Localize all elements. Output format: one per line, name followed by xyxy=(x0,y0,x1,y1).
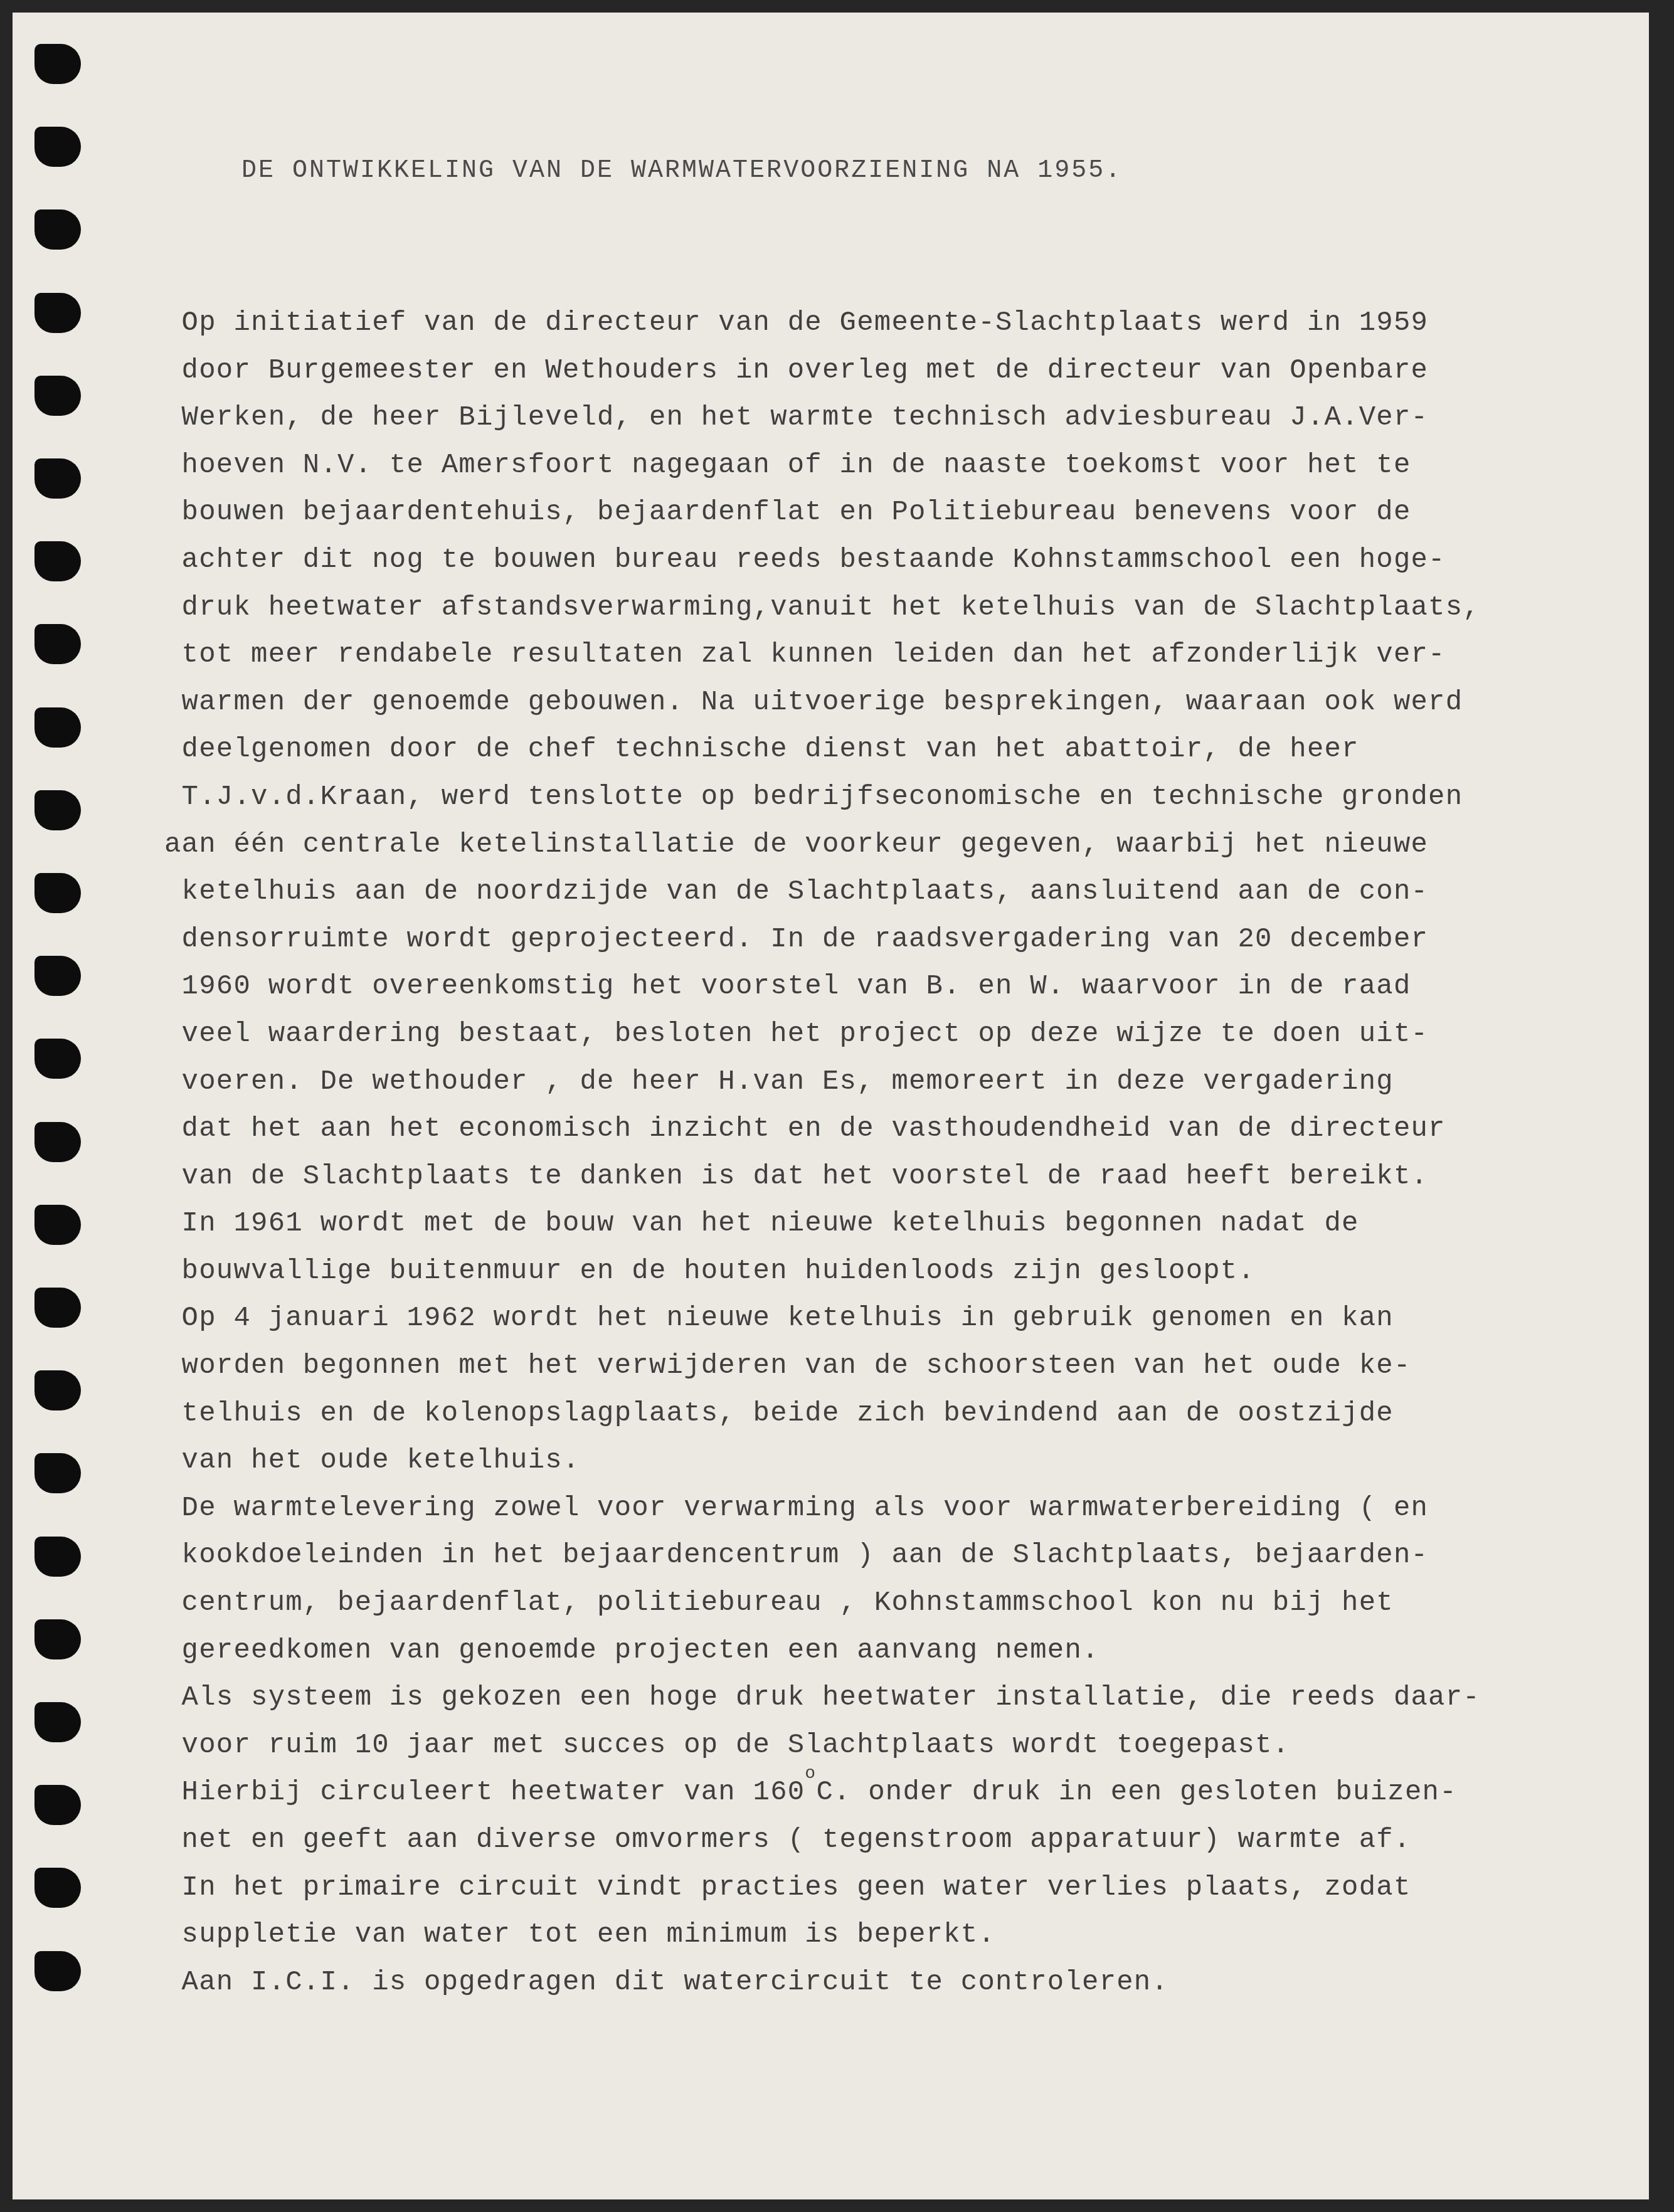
text-line: Op 4 januari 1962 wordt het nieuwe ketel… xyxy=(164,1295,1480,1343)
text-line: tot meer rendabele resultaten zal kunnen… xyxy=(164,632,1480,679)
text-line: Werken, de heer Bijleveld, en het warmte… xyxy=(164,394,1480,442)
text-line: centrum, bejaardenflat, politiebureau , … xyxy=(164,1580,1480,1627)
text-line: suppletie van water tot een minimum is b… xyxy=(164,1912,1480,1959)
text-line-degree: Hierbij circuleert heetwater van 160oC. … xyxy=(164,1769,1480,1817)
punch-hole-icon xyxy=(34,293,81,333)
text-line: druk heetwater afstandsverwarming,vanuit… xyxy=(164,585,1480,632)
text-line: voeren. De wethouder , de heer H.van Es,… xyxy=(164,1059,1480,1106)
text-line: dat het aan het economisch inzicht en de… xyxy=(164,1106,1480,1153)
text-line: door Burgemeester en Wethouders in overl… xyxy=(164,347,1480,395)
document-title: DE ONTWIKKELING VAN DE WARMWATERVOORZIEN… xyxy=(241,157,1122,185)
text-line: ketelhuis aan de noordzijde van de Slach… xyxy=(164,869,1480,916)
punch-hole-icon xyxy=(34,624,81,664)
text-line: achter dit nog te bouwen bureau reeds be… xyxy=(164,537,1480,585)
punch-hole-icon xyxy=(34,1453,81,1493)
text-line: kookdoeleinden in het bejaardencentrum )… xyxy=(164,1532,1480,1580)
punch-hole-icon xyxy=(34,1288,81,1328)
text-line: telhuis en de kolenopslagplaats, beide z… xyxy=(164,1390,1480,1438)
text-line: voor ruim 10 jaar met succes op de Slach… xyxy=(164,1722,1480,1770)
degree-line-before: Hierbij circuleert heetwater van 160 xyxy=(164,1777,805,1808)
text-line: van het oude ketelhuis. xyxy=(164,1437,1480,1485)
punch-hole-icon xyxy=(34,209,81,250)
text-line: net en geeft aan diverse omvormers ( teg… xyxy=(164,1817,1480,1865)
punch-hole-icon xyxy=(34,1537,81,1577)
punch-hole-icon xyxy=(34,956,81,996)
text-line: In 1961 wordt met de bouw van het nieuwe… xyxy=(164,1200,1480,1248)
punch-hole-icon xyxy=(34,541,81,581)
text-line: Op initiatief van de directeur van de Ge… xyxy=(164,300,1480,347)
punch-hole-icon xyxy=(34,1205,81,1245)
text-line: densorruimte wordt geprojecteerd. In de … xyxy=(164,916,1480,964)
text-line: bouwvallige buitenmuur en de houten huid… xyxy=(164,1248,1480,1296)
text-line: worden begonnen met het verwijderen van … xyxy=(164,1343,1480,1390)
text-line: T.J.v.d.Kraan, werd tenslotte op bedrijf… xyxy=(164,774,1480,822)
text-line: De warmtelevering zowel voor verwarming … xyxy=(164,1485,1480,1533)
punch-hole-icon xyxy=(34,1868,81,1908)
punch-hole-icon xyxy=(34,44,81,84)
punch-hole-icon xyxy=(34,1702,81,1742)
text-line: deelgenomen door de chef technische dien… xyxy=(164,726,1480,774)
document-body: Op initiatief van de directeur van de Ge… xyxy=(164,300,1480,2006)
punch-hole-icon xyxy=(34,127,81,167)
punch-hole-icon xyxy=(34,1785,81,1825)
punch-hole-icon xyxy=(34,873,81,913)
text-line: In het primaire circuit vindt practies g… xyxy=(164,1865,1480,1912)
punch-hole-icon xyxy=(34,707,81,748)
typewritten-page: DE ONTWIKKELING VAN DE WARMWATERVOORZIEN… xyxy=(13,13,1649,2199)
text-line: van de Slachtplaats te danken is dat het… xyxy=(164,1153,1480,1201)
text-line: gereedkomen van genoemde projecten een a… xyxy=(164,1627,1480,1675)
punch-hole-icon xyxy=(34,1951,81,1991)
punch-hole-icon xyxy=(34,1039,81,1079)
degree-line-after: C. onder druk in een gesloten buizen- xyxy=(816,1777,1456,1808)
punch-hole-icon xyxy=(34,1122,81,1162)
punch-hole-icon xyxy=(34,376,81,416)
text-line: warmen der genoemde gebouwen. Na uitvoer… xyxy=(164,679,1480,727)
punch-hole-icon xyxy=(34,458,81,499)
text-line: 1960 wordt overeenkomstig het voorstel v… xyxy=(164,963,1480,1011)
degree-symbol: o xyxy=(805,1764,816,1784)
text-line: veel waardering bestaat, besloten het pr… xyxy=(164,1011,1480,1059)
text-line: bouwen bejaardentehuis, bejaardenflat en… xyxy=(164,489,1480,537)
text-line: aan één centrale ketelinstallatie de voo… xyxy=(164,822,1480,869)
punch-hole-icon xyxy=(34,1370,81,1410)
text-line: hoeven N.V. te Amersfoort nagegaan of in… xyxy=(164,442,1480,490)
text-line: Aan I.C.I. is opgedragen dit watercircui… xyxy=(164,1959,1480,2007)
text-line: Als systeem is gekozen een hoge druk hee… xyxy=(164,1675,1480,1722)
punch-hole-icon xyxy=(34,790,81,830)
punch-hole-icon xyxy=(34,1619,81,1659)
